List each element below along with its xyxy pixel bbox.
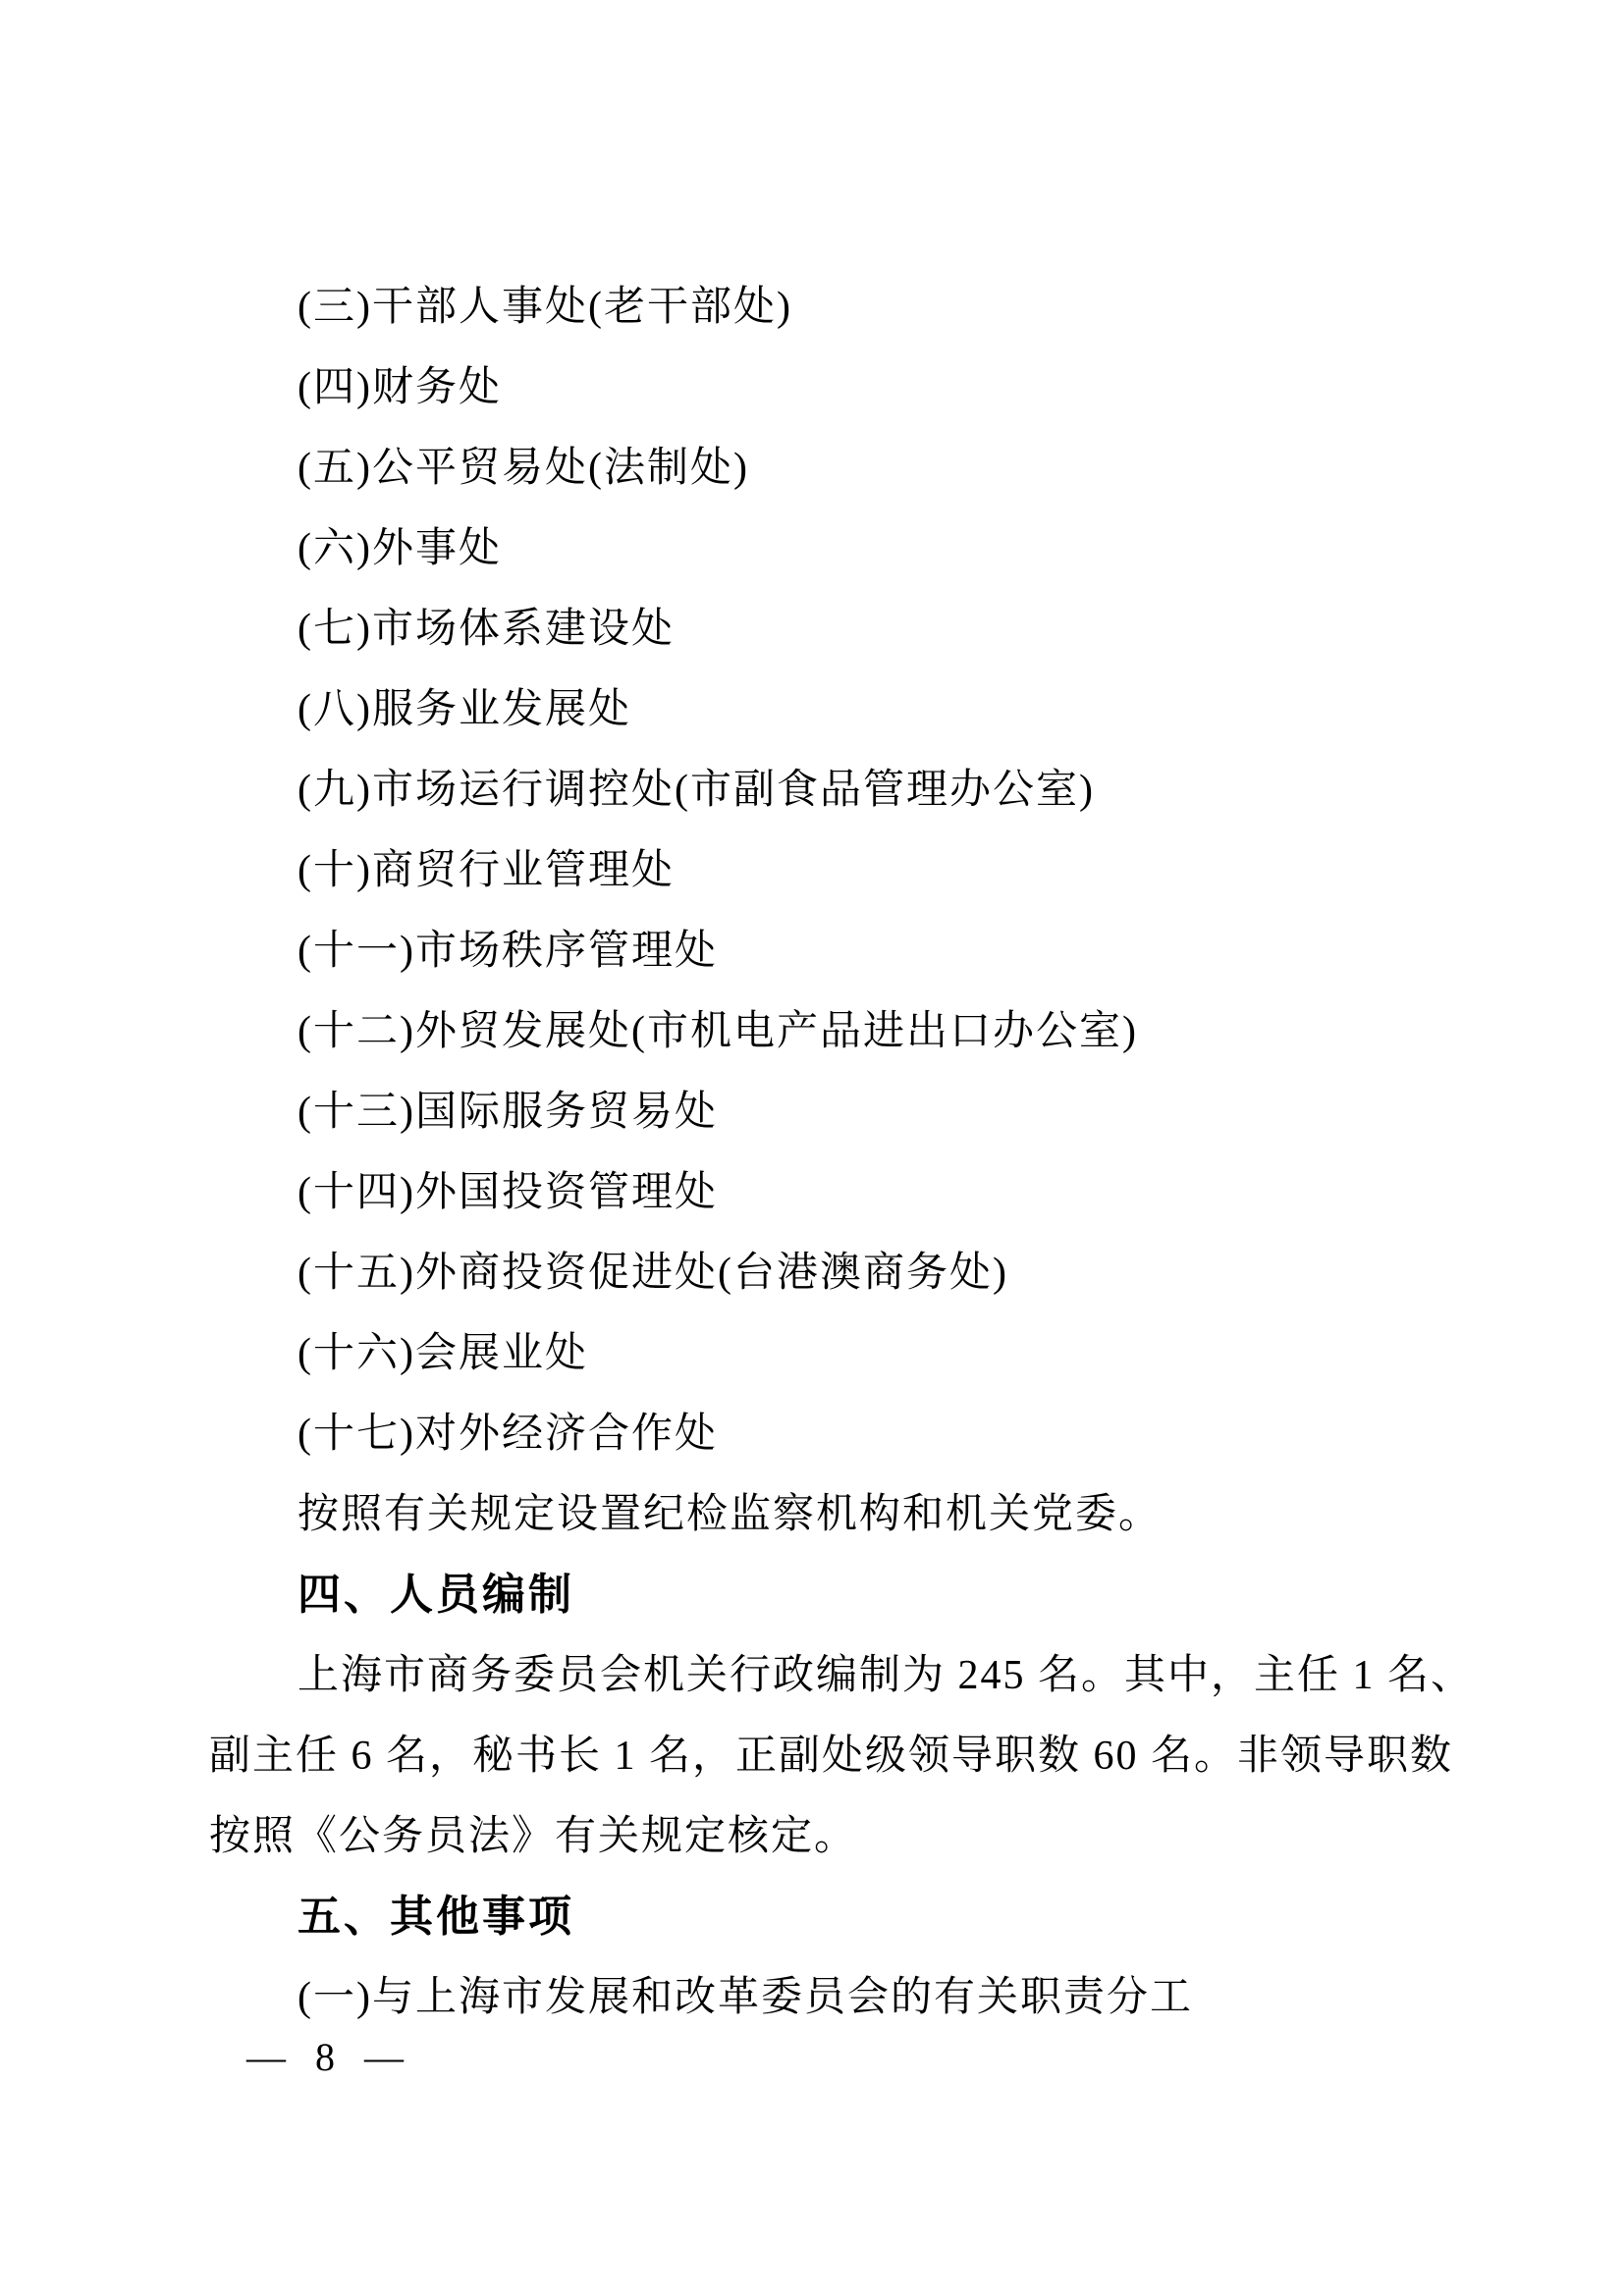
list-item: (五)公平贸易处(法制处)	[209, 428, 1419, 508]
list-item: (十一)市场秩序管理处	[209, 911, 1419, 991]
list-item: (十六)会展业处	[209, 1313, 1419, 1394]
section-heading-other: 五、其他事项	[209, 1877, 1419, 1957]
personnel-paragraph-line: 按照《公务员法》有关规定核定。	[209, 1796, 1419, 1877]
list-item: (十七)对外经济合作处	[209, 1394, 1419, 1474]
page-number: — 8 —	[246, 2024, 404, 2091]
personnel-paragraph-line: 上海市商务委员会机关行政编制为 245 名。其中，主任 1 名、	[209, 1635, 1419, 1716]
list-item: (四)财务处	[209, 347, 1419, 428]
page-number-text: — 8 —	[246, 2035, 404, 2079]
list-item: (八)服务业发展处	[209, 669, 1419, 750]
list-item: (六)外事处	[209, 508, 1419, 589]
list-item: (十五)外商投资促进处(台港澳商务处)	[209, 1233, 1419, 1313]
list-item: (七)市场体系建设处	[209, 589, 1419, 669]
section-heading-personnel: 四、人员编制	[209, 1555, 1419, 1635]
document-page: (三)干部人事处(老干部处) (四)财务处 (五)公平贸易处(法制处) (六)外…	[0, 0, 1624, 2296]
list-item: (十三)国际服务贸易处	[209, 1072, 1419, 1152]
list-item: (十)商贸行业管理处	[209, 830, 1419, 911]
list-item: (三)干部人事处(老干部处)	[209, 267, 1419, 347]
list-item: (十四)外国投资管理处	[209, 1152, 1419, 1233]
closing-note: 按照有关规定设置纪检监察机构和机关党委。	[209, 1474, 1419, 1555]
personnel-paragraph-line: 副主任 6 名，秘书长 1 名，正副处级领导职数 60 名。非领导职数	[209, 1716, 1419, 1796]
document-body: (三)干部人事处(老干部处) (四)财务处 (五)公平贸易处(法制处) (六)外…	[209, 267, 1419, 2038]
list-item: (九)市场运行调控处(市副食品管理办公室)	[209, 750, 1419, 830]
list-item: (十二)外贸发展处(市机电产品进出口办公室)	[209, 991, 1419, 1072]
